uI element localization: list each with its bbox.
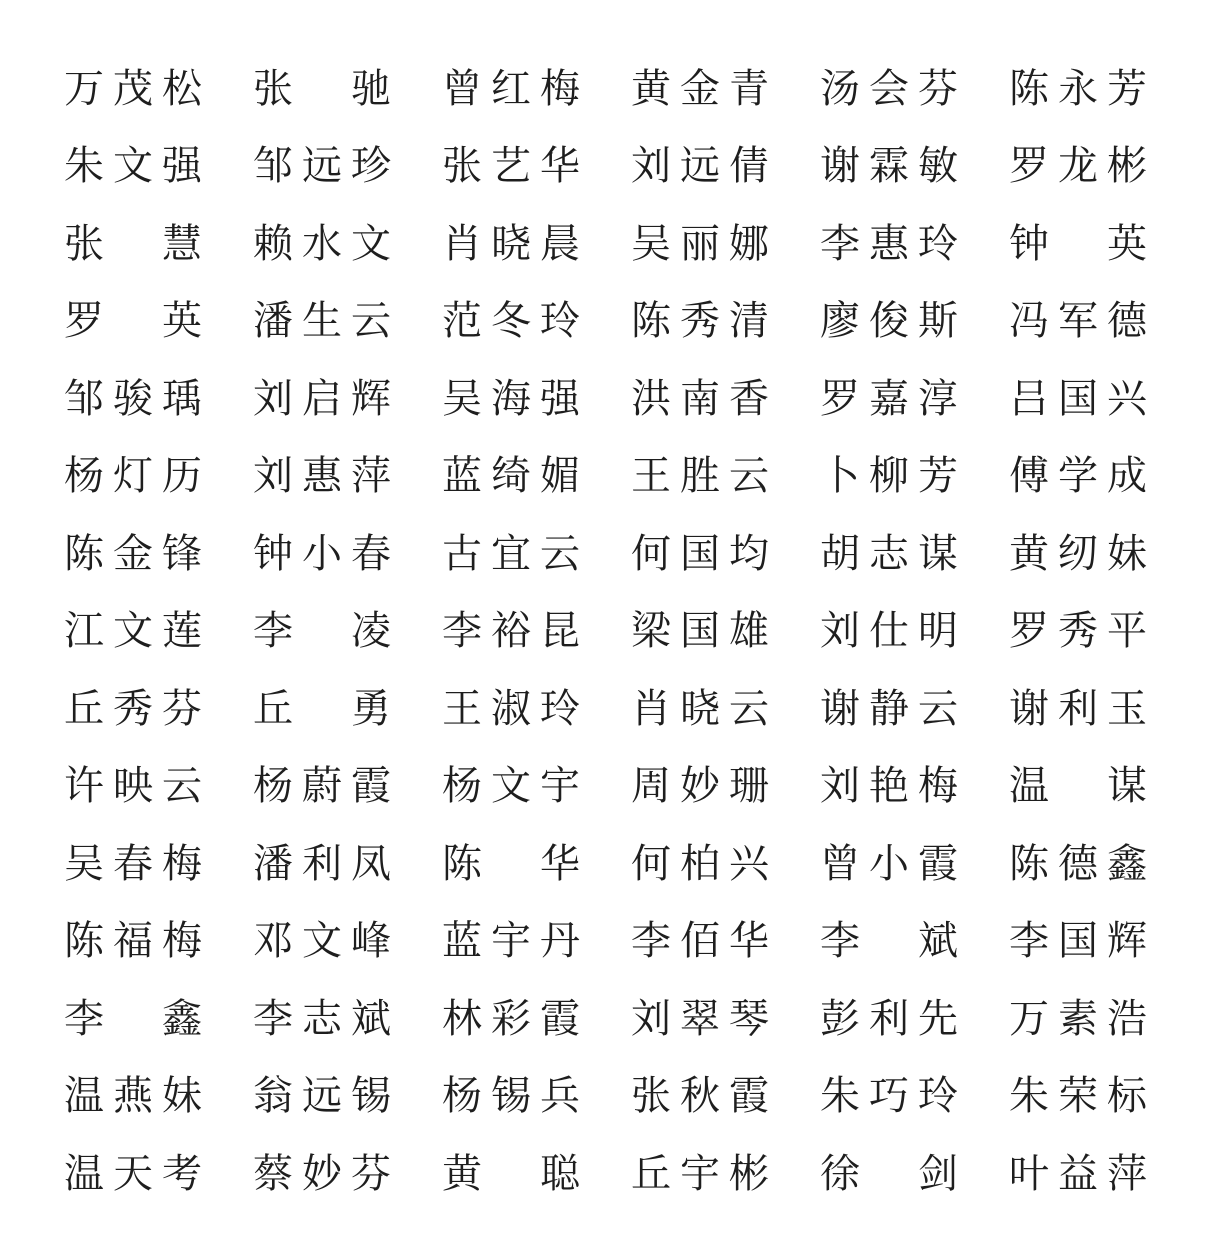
name-cell: 刘翠琴 <box>631 980 769 1058</box>
name-char: 妙 <box>302 1154 342 1194</box>
name-char: 谋 <box>1107 766 1147 806</box>
name-cell: 杨灯历 <box>64 438 202 516</box>
name-char: 斯 <box>918 301 958 341</box>
name-char: 翠 <box>680 999 720 1039</box>
name-char: 彭 <box>820 999 860 1039</box>
name-char: 玲 <box>918 1076 958 1116</box>
name-char: 刘 <box>253 379 293 419</box>
name-char: 兴 <box>729 844 769 884</box>
name-cell: 钟小春 <box>253 515 391 593</box>
name-char: 平 <box>1107 611 1147 651</box>
name-char: 李 <box>631 921 671 961</box>
name-char: 海 <box>491 379 531 419</box>
name-char: 福 <box>113 921 153 961</box>
name-char: 芬 <box>918 69 958 109</box>
name-cell: 曾红梅 <box>442 50 580 128</box>
name-char: 梅 <box>540 69 580 109</box>
name-cell: 梁国雄 <box>631 593 769 671</box>
name-char: 金 <box>113 534 153 574</box>
name-cell: 朱荣标 <box>1009 1058 1147 1136</box>
name-cell: 张艺华 <box>442 128 580 206</box>
name-cell: 丘秀芬 <box>64 670 202 748</box>
name-char: 李 <box>1009 921 1049 961</box>
name-char: 启 <box>302 379 342 419</box>
name-char: 蓝 <box>442 456 482 496</box>
name-char: 芳 <box>918 456 958 496</box>
name-cell: 陈永芳 <box>1009 50 1147 128</box>
name-char: 昆 <box>540 611 580 651</box>
name-char: 强 <box>162 146 202 186</box>
name-cell: 刘艳梅 <box>820 748 958 826</box>
name-cell: 吴春梅 <box>64 825 202 903</box>
name-char: 丹 <box>540 921 580 961</box>
name-char: 丘 <box>253 689 293 729</box>
name-char: 陈 <box>1009 844 1049 884</box>
name-cell: 丘宇彬 <box>631 1135 769 1213</box>
name-char: 辉 <box>1107 921 1147 961</box>
name-char: 胡 <box>820 534 860 574</box>
name-char: 吴 <box>442 379 482 419</box>
name-cell: 周妙珊 <box>631 748 769 826</box>
name-char: 玲 <box>918 224 958 264</box>
name-char: 国 <box>680 534 720 574</box>
name-char: 钟 <box>253 534 293 574</box>
name-char: 绮 <box>491 456 531 496</box>
name-char: 佰 <box>680 921 720 961</box>
name-char: 玲 <box>540 301 580 341</box>
name-cell: 何柏兴 <box>631 825 769 903</box>
name-char: 峰 <box>351 921 391 961</box>
name-cell: 李志斌 <box>253 980 391 1058</box>
name-cell: 温燕妹 <box>64 1058 202 1136</box>
name-char: 云 <box>918 689 958 729</box>
name-char: 萍 <box>351 456 391 496</box>
name-char: 妹 <box>162 1076 202 1116</box>
name-cell: 陈金锋 <box>64 515 202 593</box>
name-char: 林 <box>442 999 482 1039</box>
name-char: 俊 <box>869 301 909 341</box>
name-cell: 罗龙彬 <box>1009 128 1147 206</box>
name-char: 文 <box>113 146 153 186</box>
name-char: 何 <box>631 844 671 884</box>
name-cell: 邹远珍 <box>253 128 391 206</box>
name-char: 燕 <box>113 1076 153 1116</box>
name-char: 志 <box>869 534 909 574</box>
name-char: 丘 <box>631 1154 671 1194</box>
name-char: 谢 <box>820 146 860 186</box>
name-cell: 冯军德 <box>1009 283 1147 361</box>
name-cell: 罗嘉淳 <box>820 360 958 438</box>
name-char: 鑫 <box>1107 844 1147 884</box>
name-char: 浩 <box>1107 999 1147 1039</box>
name-char: 云 <box>729 456 769 496</box>
name-cell: 许映云 <box>64 748 202 826</box>
name-char: 妹 <box>1107 534 1147 574</box>
name-char: 德 <box>1058 844 1098 884</box>
name-char: 宇 <box>540 766 580 806</box>
name-char: 蔡 <box>253 1154 293 1194</box>
name-char: 吴 <box>631 224 671 264</box>
name-cell: 杨蔚霞 <box>253 748 391 826</box>
name-cell: 杨文宇 <box>442 748 580 826</box>
name-char: 锡 <box>491 1076 531 1116</box>
name-cell: 范冬玲 <box>442 283 580 361</box>
name-char: 艳 <box>869 766 909 806</box>
name-char: 叶 <box>1009 1154 1049 1194</box>
name-char: 生 <box>302 301 342 341</box>
name-char: 冯 <box>1009 301 1049 341</box>
name-cell: 刘远倩 <box>631 128 769 206</box>
name-char: 朱 <box>1009 1076 1049 1116</box>
name-char: 陈 <box>64 921 104 961</box>
name-char: 玲 <box>540 689 580 729</box>
name-char: 莲 <box>162 611 202 651</box>
name-cell: 刘惠萍 <box>253 438 391 516</box>
name-cell: 钟英 <box>1009 205 1147 283</box>
name-char: 华 <box>540 146 580 186</box>
name-char: 香 <box>729 379 769 419</box>
name-char: 晨 <box>540 224 580 264</box>
name-cell: 胡志谋 <box>820 515 958 593</box>
name-cell: 万茂松 <box>64 50 202 128</box>
name-char: 翁 <box>253 1076 293 1116</box>
name-char: 谋 <box>918 534 958 574</box>
name-char: 何 <box>631 534 671 574</box>
name-char: 龙 <box>1058 146 1098 186</box>
name-char: 霞 <box>540 999 580 1039</box>
name-char: 温 <box>64 1076 104 1116</box>
name-char: 斌 <box>351 999 391 1039</box>
name-char: 黄 <box>442 1154 482 1194</box>
name-char: 胜 <box>680 456 720 496</box>
name-char: 锋 <box>162 534 202 574</box>
name-char: 娜 <box>729 224 769 264</box>
name-char: 志 <box>302 999 342 1039</box>
name-cell: 李鑫 <box>64 980 202 1058</box>
name-char: 罗 <box>64 301 104 341</box>
name-char: 黄 <box>1009 534 1049 574</box>
name-cell: 江文莲 <box>64 593 202 671</box>
name-cell: 邹骏瑀 <box>64 360 202 438</box>
name-cell: 赖水文 <box>253 205 391 283</box>
name-char: 珊 <box>729 766 769 806</box>
name-char: 谢 <box>1009 689 1049 729</box>
name-cell: 张驰 <box>253 50 391 128</box>
name-char: 纫 <box>1058 534 1098 574</box>
name-char: 潘 <box>253 844 293 884</box>
name-char: 洪 <box>631 379 671 419</box>
name-cell: 李佰华 <box>631 903 769 981</box>
name-cell: 何国均 <box>631 515 769 593</box>
name-cell: 刘仕明 <box>820 593 958 671</box>
name-char: 淳 <box>918 379 958 419</box>
name-char: 金 <box>680 69 720 109</box>
name-char: 敏 <box>918 146 958 186</box>
name-cell: 潘利凤 <box>253 825 391 903</box>
name-char: 驰 <box>351 69 391 109</box>
name-char: 春 <box>113 844 153 884</box>
name-char: 剑 <box>918 1154 958 1194</box>
name-char: 陈 <box>442 844 482 884</box>
name-char: 骏 <box>113 379 153 419</box>
name-cell: 卜柳芳 <box>820 438 958 516</box>
name-char: 秀 <box>113 689 153 729</box>
name-char: 文 <box>351 224 391 264</box>
name-char: 红 <box>491 69 531 109</box>
name-char: 万 <box>64 69 104 109</box>
name-char: 李 <box>253 611 293 651</box>
name-char: 春 <box>351 534 391 574</box>
name-char: 王 <box>631 456 671 496</box>
name-char: 荣 <box>1058 1076 1098 1116</box>
name-char: 倩 <box>729 146 769 186</box>
name-char: 刘 <box>820 766 860 806</box>
name-char: 傅 <box>1009 456 1049 496</box>
name-grid: 万茂松张驰曾红梅黄金青汤会芬陈永芳朱文强邹远珍张艺华刘远倩谢霖敏罗龙彬张慧赖水文… <box>64 50 1147 1213</box>
name-char: 辉 <box>351 379 391 419</box>
name-cell: 肖晓云 <box>631 670 769 748</box>
name-char: 小 <box>302 534 342 574</box>
name-cell: 万素浩 <box>1009 980 1147 1058</box>
name-char: 杨 <box>253 766 293 806</box>
name-char: 凤 <box>351 844 391 884</box>
name-cell: 李斌 <box>820 903 958 981</box>
name-char: 秋 <box>680 1076 720 1116</box>
name-char: 霞 <box>918 844 958 884</box>
name-char: 曾 <box>442 69 482 109</box>
name-char: 小 <box>869 844 909 884</box>
name-char: 成 <box>1107 456 1147 496</box>
name-char: 彬 <box>1107 146 1147 186</box>
name-char: 国 <box>680 611 720 651</box>
name-char: 凌 <box>351 611 391 651</box>
name-char: 芬 <box>351 1154 391 1194</box>
name-cell: 谢静云 <box>820 670 958 748</box>
name-char: 廖 <box>820 301 860 341</box>
name-cell: 蔡妙芬 <box>253 1135 391 1213</box>
name-cell: 罗英 <box>64 283 202 361</box>
name-char: 云 <box>351 301 391 341</box>
name-cell: 杨锡兵 <box>442 1058 580 1136</box>
name-char: 强 <box>540 379 580 419</box>
name-char: 刘 <box>631 146 671 186</box>
name-char: 素 <box>1058 999 1098 1039</box>
name-char: 媚 <box>540 456 580 496</box>
name-char: 赖 <box>253 224 293 264</box>
name-char: 梅 <box>162 921 202 961</box>
name-cell: 丘勇 <box>253 670 391 748</box>
name-cell: 汤会芬 <box>820 50 958 128</box>
name-char: 温 <box>64 1154 104 1194</box>
name-char: 陈 <box>64 534 104 574</box>
name-char: 冬 <box>491 301 531 341</box>
name-char: 云 <box>729 689 769 729</box>
name-char: 远 <box>302 1076 342 1116</box>
name-char: 聪 <box>540 1154 580 1194</box>
name-cell: 翁远锡 <box>253 1058 391 1136</box>
name-char: 永 <box>1058 69 1098 109</box>
name-cell: 谢利玉 <box>1009 670 1147 748</box>
name-cell: 曾小霞 <box>820 825 958 903</box>
name-char: 邹 <box>64 379 104 419</box>
name-char: 会 <box>869 69 909 109</box>
name-char: 南 <box>680 379 720 419</box>
name-char: 琴 <box>729 999 769 1039</box>
name-char: 罗 <box>1009 146 1049 186</box>
name-char: 宇 <box>680 1154 720 1194</box>
name-char: 雄 <box>729 611 769 651</box>
name-cell: 黄纫妹 <box>1009 515 1147 593</box>
name-cell: 李国辉 <box>1009 903 1147 981</box>
name-char: 标 <box>1107 1076 1147 1116</box>
name-char: 芳 <box>1107 69 1147 109</box>
name-char: 李 <box>820 921 860 961</box>
name-cell: 张慧 <box>64 205 202 283</box>
name-char: 灯 <box>113 456 153 496</box>
name-cell: 蓝宇丹 <box>442 903 580 981</box>
name-char: 水 <box>302 224 342 264</box>
name-char: 霞 <box>351 766 391 806</box>
name-char: 罗 <box>820 379 860 419</box>
name-cell: 傅学成 <box>1009 438 1147 516</box>
name-char: 瑀 <box>162 379 202 419</box>
name-cell: 洪南香 <box>631 360 769 438</box>
name-char: 霖 <box>869 146 909 186</box>
name-char: 彩 <box>491 999 531 1039</box>
name-char: 历 <box>162 456 202 496</box>
name-cell: 彭利先 <box>820 980 958 1058</box>
name-cell: 潘生云 <box>253 283 391 361</box>
name-char: 兵 <box>540 1076 580 1116</box>
name-char: 温 <box>1009 766 1049 806</box>
name-char: 慧 <box>162 224 202 264</box>
name-char: 李 <box>253 999 293 1039</box>
name-char: 晓 <box>491 224 531 264</box>
name-char: 考 <box>162 1154 202 1194</box>
name-char: 肖 <box>442 224 482 264</box>
name-cell: 李惠玲 <box>820 205 958 283</box>
name-char: 刘 <box>253 456 293 496</box>
name-char: 彬 <box>729 1154 769 1194</box>
name-char: 宇 <box>491 921 531 961</box>
name-char: 德 <box>1107 301 1147 341</box>
name-char: 天 <box>113 1154 153 1194</box>
name-char: 谢 <box>820 689 860 729</box>
name-char: 张 <box>253 69 293 109</box>
name-char: 鑫 <box>162 999 202 1039</box>
name-char: 仕 <box>869 611 909 651</box>
name-char: 远 <box>680 146 720 186</box>
name-cell: 廖俊斯 <box>820 283 958 361</box>
name-cell: 谢霖敏 <box>820 128 958 206</box>
name-char: 秀 <box>680 301 720 341</box>
name-char: 潘 <box>253 301 293 341</box>
name-char: 丽 <box>680 224 720 264</box>
name-char: 利 <box>1058 689 1098 729</box>
name-char: 映 <box>113 766 153 806</box>
name-char: 周 <box>631 766 671 806</box>
name-cell: 李裕昆 <box>442 593 580 671</box>
name-char: 张 <box>442 146 482 186</box>
name-char: 曾 <box>820 844 860 884</box>
name-char: 巧 <box>869 1076 909 1116</box>
name-cell: 吴丽娜 <box>631 205 769 283</box>
name-cell: 罗秀平 <box>1009 593 1147 671</box>
name-cell: 林彩霞 <box>442 980 580 1058</box>
name-cell: 朱文强 <box>64 128 202 206</box>
name-cell: 古宜云 <box>442 515 580 593</box>
name-char: 梁 <box>631 611 671 651</box>
name-char: 文 <box>113 611 153 651</box>
name-char: 梅 <box>918 766 958 806</box>
name-char: 惠 <box>869 224 909 264</box>
name-char: 华 <box>729 921 769 961</box>
name-char: 罗 <box>1009 611 1049 651</box>
name-char: 江 <box>64 611 104 651</box>
name-char: 晓 <box>680 689 720 729</box>
name-char: 汤 <box>820 69 860 109</box>
name-char: 松 <box>162 69 202 109</box>
name-char: 古 <box>442 534 482 574</box>
name-char: 艺 <box>491 146 531 186</box>
name-char: 妙 <box>680 766 720 806</box>
name-char: 李 <box>820 224 860 264</box>
name-cell: 黄金青 <box>631 50 769 128</box>
name-char: 学 <box>1058 456 1098 496</box>
name-char: 宜 <box>491 534 531 574</box>
name-char: 利 <box>869 999 909 1039</box>
name-char: 刘 <box>631 999 671 1039</box>
name-char: 许 <box>64 766 104 806</box>
name-char: 云 <box>162 766 202 806</box>
name-char: 静 <box>869 689 909 729</box>
name-char: 张 <box>64 224 104 264</box>
name-char: 吴 <box>64 844 104 884</box>
name-char: 李 <box>64 999 104 1039</box>
name-char: 杨 <box>64 456 104 496</box>
name-cell: 徐剑 <box>820 1135 958 1213</box>
name-char: 青 <box>729 69 769 109</box>
name-char: 先 <box>918 999 958 1039</box>
name-char: 蓝 <box>442 921 482 961</box>
name-cell: 张秋霞 <box>631 1058 769 1136</box>
name-char: 徐 <box>820 1154 860 1194</box>
name-char: 杨 <box>442 1076 482 1116</box>
name-cell: 李凌 <box>253 593 391 671</box>
name-char: 钟 <box>1009 224 1049 264</box>
name-char: 邓 <box>253 921 293 961</box>
name-char: 陈 <box>631 301 671 341</box>
name-cell: 刘启辉 <box>253 360 391 438</box>
name-cell: 陈德鑫 <box>1009 825 1147 903</box>
name-char: 秀 <box>1058 611 1098 651</box>
name-char: 军 <box>1058 301 1098 341</box>
name-cell: 温谋 <box>1009 748 1147 826</box>
name-char: 嘉 <box>869 379 909 419</box>
name-cell: 王胜云 <box>631 438 769 516</box>
name-char: 朱 <box>64 146 104 186</box>
name-char: 益 <box>1058 1154 1098 1194</box>
name-char: 萍 <box>1107 1154 1147 1194</box>
name-cell: 吴海强 <box>442 360 580 438</box>
name-char: 柳 <box>869 456 909 496</box>
name-char: 裕 <box>491 611 531 651</box>
name-char: 惠 <box>302 456 342 496</box>
name-char: 清 <box>729 301 769 341</box>
name-char: 张 <box>631 1076 671 1116</box>
name-char: 华 <box>540 844 580 884</box>
name-char: 英 <box>162 301 202 341</box>
